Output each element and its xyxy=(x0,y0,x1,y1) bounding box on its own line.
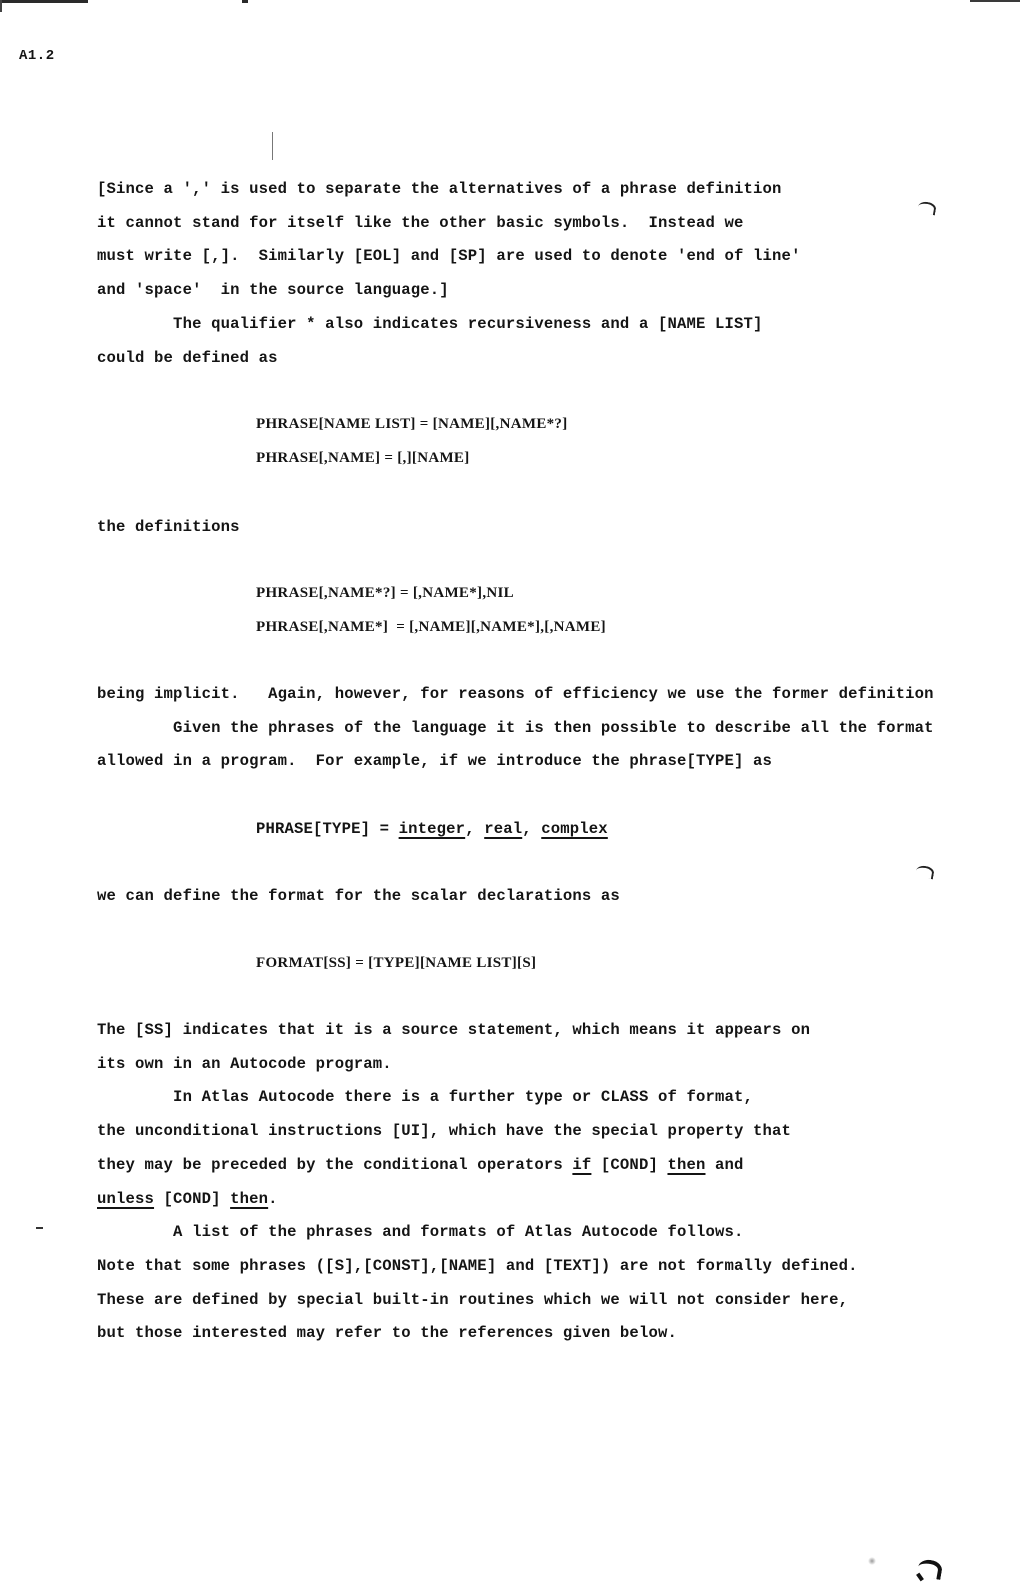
paragraph-4-line-1: being implicit. Again, however, for reas… xyxy=(97,684,934,704)
formula-type: PHRASE[TYPE] = integer, real, complex xyxy=(256,819,608,839)
paragraph-8-line-3: These are defined by special built-in ro… xyxy=(97,1290,848,1310)
paragraph-2-line-2: could be defined as xyxy=(97,348,278,368)
keyword-integer: integer xyxy=(399,820,466,838)
paragraph-7-line-4: unless [COND] then. xyxy=(97,1189,278,1209)
paragraph-1-line-2: it cannot stand for itself like the othe… xyxy=(97,213,744,233)
scan-border-top xyxy=(0,0,88,3)
paragraph-8-line-4: but those interested may refer to the re… xyxy=(97,1323,677,1343)
paragraph-1-line-3: must write [,]. Similarly [EOL] and [SP]… xyxy=(97,246,801,266)
paragraph-4-line-3: allowed in a program. For example, if we… xyxy=(97,751,772,771)
keyword-then: then xyxy=(667,1156,705,1174)
paragraph-7-line-3: they may be preceded by the conditional … xyxy=(97,1155,744,1175)
binder-hole-mark-icon xyxy=(917,201,937,216)
paragraph-8-line-1: A list of the phrases and formats of Atl… xyxy=(97,1222,744,1242)
keyword-then: then xyxy=(230,1190,268,1208)
formula-comma-name-star-q: PHRASE[,NAME*?] = [,NAME*],NIL xyxy=(256,583,514,603)
formula-name-list: PHRASE[NAME LIST] = [NAME][,NAME*?] xyxy=(256,414,568,434)
binder-hole-mark-icon xyxy=(915,865,935,880)
text-span: [COND] xyxy=(154,1190,230,1208)
separator: , xyxy=(465,820,484,838)
keyword-if: if xyxy=(572,1156,591,1174)
paragraph-3: the definitions xyxy=(97,517,240,537)
scan-border-mark xyxy=(242,0,248,3)
stray-pencil-mark xyxy=(272,132,273,160)
paragraph-7-line-2: the unconditional instructions [UI], whi… xyxy=(97,1121,791,1141)
margin-dash-mark xyxy=(36,1227,43,1229)
formula-format-ss: FORMAT[SS] = [TYPE][NAME LIST][S] xyxy=(256,953,536,973)
scan-border-top-right xyxy=(970,0,1020,2)
keyword-real: real xyxy=(484,820,522,838)
paragraph-7-line-1: In Atlas Autocode there is a further typ… xyxy=(97,1087,753,1107)
keyword-unless: unless xyxy=(97,1190,154,1208)
page-number: A1.2 xyxy=(19,48,55,64)
text-span: [COND] xyxy=(591,1156,667,1174)
scan-border-left xyxy=(0,0,2,12)
paragraph-4-line-2: Given the phrases of the language it is … xyxy=(97,718,934,738)
formula-type-prefix: PHRASE[TYPE] = xyxy=(256,820,399,838)
paragraph-8-line-2: Note that some phrases ([S],[CONST],[NAM… xyxy=(97,1256,858,1276)
text-span: and xyxy=(706,1156,744,1174)
paragraph-1-line-4: and 'space' in the source language.] xyxy=(97,280,449,300)
scan-smudge xyxy=(868,1557,876,1565)
paragraph-2-line-1: The qualifier * also indicates recursive… xyxy=(97,314,763,334)
formula-comma-name-star: PHRASE[,NAME*] = [,NAME][,NAME*],[,NAME] xyxy=(256,617,606,637)
paragraph-6-line-2: its own in an Autocode program. xyxy=(97,1054,392,1074)
paragraph-6-line-1: The [SS] indicates that it is a source s… xyxy=(97,1020,810,1040)
paragraph-5: we can define the format for the scalar … xyxy=(97,886,620,906)
keyword-complex: complex xyxy=(541,820,608,838)
paragraph-1-line-1: [Since a ',' is used to separate the alt… xyxy=(97,179,782,199)
text-span: they may be preceded by the conditional … xyxy=(97,1156,572,1174)
separator: , xyxy=(522,820,541,838)
formula-comma-name: PHRASE[,NAME] = [,][NAME] xyxy=(256,448,470,468)
text-span: . xyxy=(268,1190,278,1208)
